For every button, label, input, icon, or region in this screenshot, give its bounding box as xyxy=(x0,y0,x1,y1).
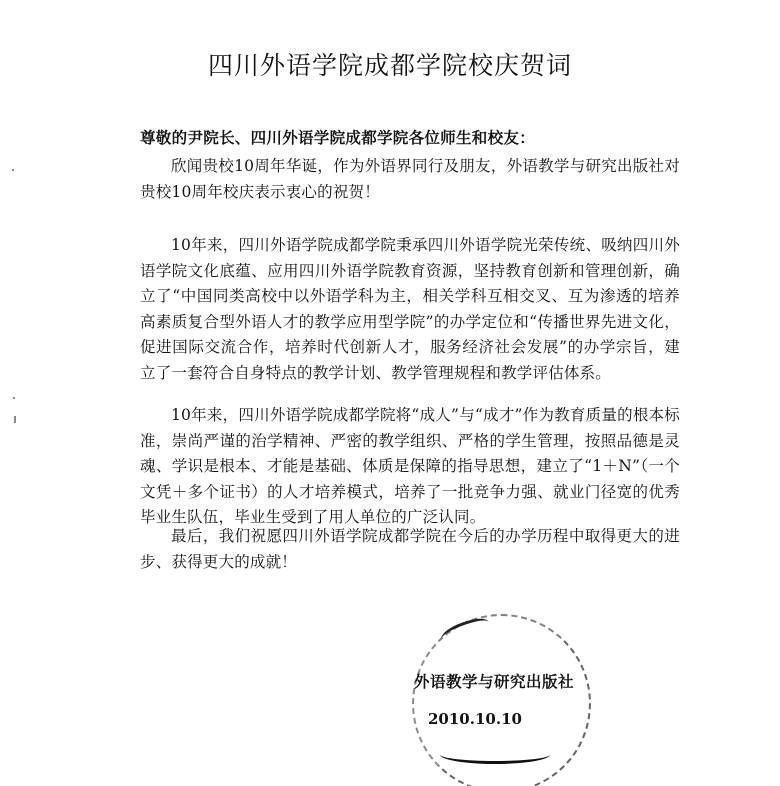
paragraph-history: 10年来，四川外语学院成都学院秉承四川外语学院光荣传统、吸纳四川外语学院文化底蕴… xyxy=(140,233,680,386)
seal-bottom-arc xyxy=(440,745,550,764)
signature-date: 2010.10.10 xyxy=(428,710,522,728)
page-title: 四川外语学院成都学院校庆贺词 xyxy=(0,46,780,82)
paragraph-congratulations: 欣闻贵校10周年华诞，作为外语界同行及朋友，外语教学与研究出版社对贵校10周年校… xyxy=(140,154,680,205)
signature-organization: 外语教学与研究出版社 xyxy=(414,670,574,692)
salutation: 尊敬的尹院长、四川外语学院成都学院各位师生和校友： xyxy=(140,126,535,148)
paragraph-education-quality: 10年来，四川外语学院成都学院将“成人”与“成才”作为教育质量的根本标准，崇尚严… xyxy=(140,403,680,531)
paragraph-closing-wishes: 最后，我们祝愿四川外语学院成都学院在今后的办学历程中取得更大的进步、获得更大的成… xyxy=(140,524,680,575)
scan-speck xyxy=(12,169,14,171)
scan-speck xyxy=(13,397,15,399)
scan-speck xyxy=(14,416,16,423)
scanned-letter-page: 四川外语学院成都学院校庆贺词 尊敬的尹院长、四川外语学院成都学院各位师生和校友：… xyxy=(0,0,780,786)
